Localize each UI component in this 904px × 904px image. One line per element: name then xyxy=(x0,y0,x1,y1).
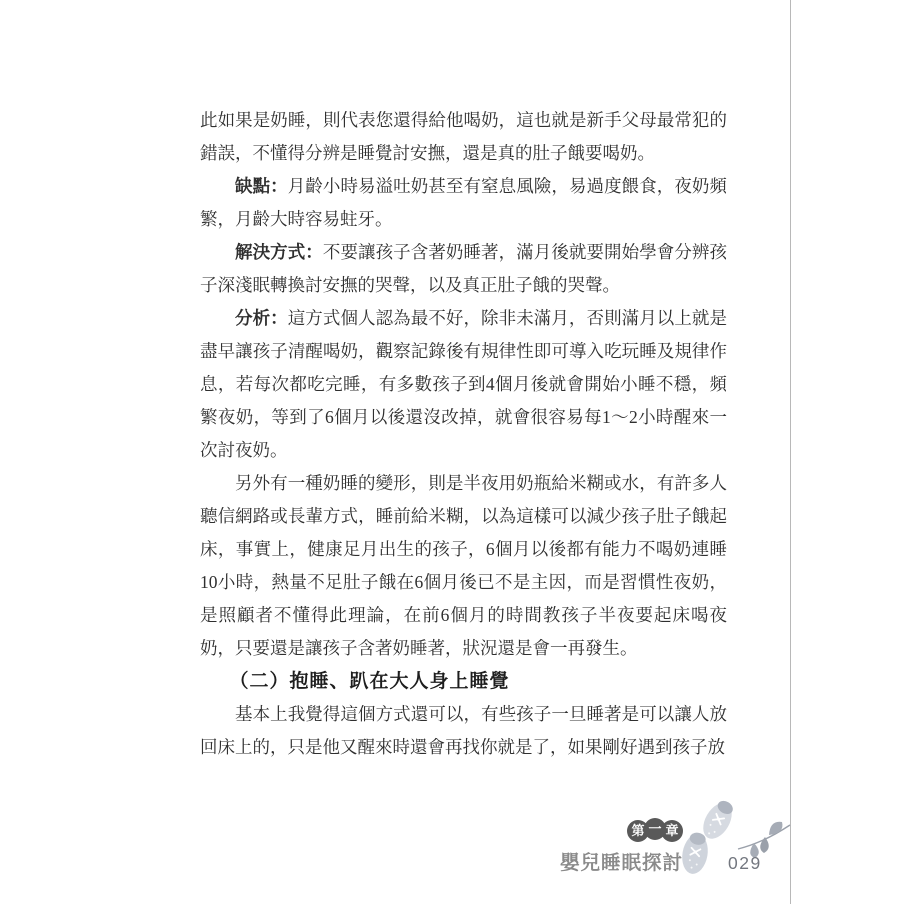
term-label: 解決方式： xyxy=(235,242,323,262)
chapter-badge-circle: 一 xyxy=(644,818,666,840)
body-paragraph: 解決方式：不要讓孩子含著奶睡著，滿月後就要開始學會分辨孩子深淺眠轉換討安撫的哭聲… xyxy=(200,236,727,302)
footer-chapter-block: 第 一 章 嬰兒睡眠探討 xyxy=(523,820,683,875)
paragraph-text: 此如果是奶睡，則代表您還得給他喝奶，這也就是新手父母最常犯的錯誤，不懂得分辨是睡… xyxy=(200,110,727,163)
term-label: 分析： xyxy=(235,308,288,328)
body-paragraph: 此如果是奶睡，則代表您還得給他喝奶，這也就是新手父母最常犯的錯誤，不懂得分辨是睡… xyxy=(200,104,727,170)
baby-booties-icon xyxy=(676,794,740,889)
body-text-block: 此如果是奶睡，則代表您還得給他喝奶，這也就是新手父母最常犯的錯誤，不懂得分辨是睡… xyxy=(200,104,727,764)
paragraph-text: 另外有一種奶睡的變形，則是半夜用奶瓶給米糊或水，有許多人聽信網路或長輩方式，睡前… xyxy=(200,473,727,658)
page-edge-rule xyxy=(790,0,791,904)
section-heading: （二）抱睡、趴在大人身上睡覺 xyxy=(200,665,727,698)
body-paragraph: 另外有一種奶睡的變形，則是半夜用奶瓶給米糊或水，有許多人聽信網路或長輩方式，睡前… xyxy=(200,467,727,665)
term-label: 缺點： xyxy=(235,176,288,196)
chapter-badge: 第 一 章 xyxy=(523,820,683,846)
paragraph-text: 這方式個人認為最不好，除非未滿月，否則滿月以上就是盡早讓孩子清醒喝奶，觀察記錄後… xyxy=(200,308,727,460)
paragraph-text: 基本上我覺得這個方式還可以，有些孩子一旦睡著是可以讓人放回床上的，只是他又醒來時… xyxy=(200,704,727,757)
body-paragraph: 缺點：月齡小時易溢吐奶甚至有窒息風險，易過度餵食，夜奶頻繁，月齡大時容易蛀牙。 xyxy=(200,170,727,236)
page-number: 029 xyxy=(728,853,762,874)
book-page: 此如果是奶睡，則代表您還得給他喝奶，這也就是新手父母最常犯的錯誤，不懂得分辨是睡… xyxy=(0,0,904,904)
body-paragraph: 基本上我覺得這個方式還可以，有些孩子一旦睡著是可以讓人放回床上的，只是他又醒來時… xyxy=(200,698,727,764)
chapter-title: 嬰兒睡眠探討 xyxy=(523,847,683,875)
body-paragraph: 分析：這方式個人認為最不好，除非未滿月，否則滿月以上就是盡早讓孩子清醒喝奶，觀察… xyxy=(200,302,727,467)
